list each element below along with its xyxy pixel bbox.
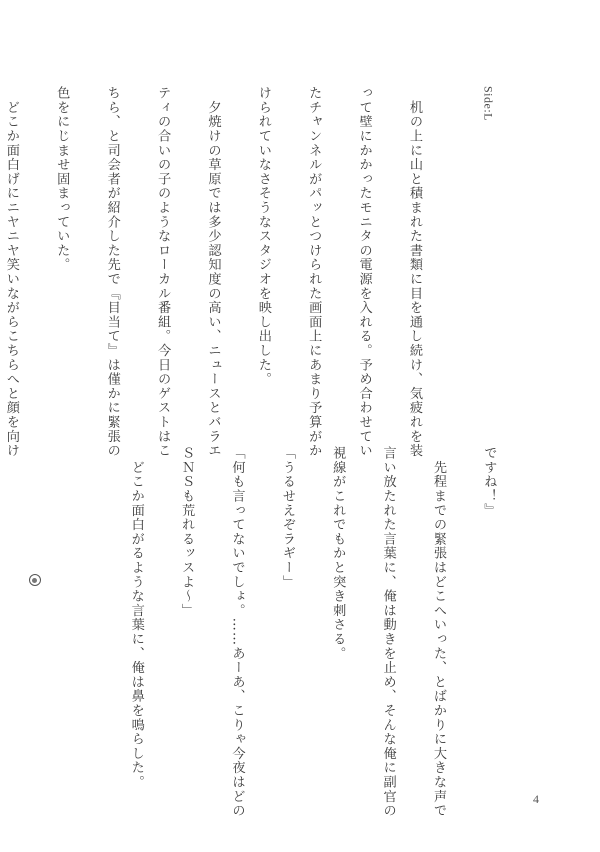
scene-break [26, 446, 43, 778]
text-column: ＳＮＳも荒れるッスよ～」 [177, 446, 194, 778]
flower-ornament-icon [29, 574, 41, 586]
text-column: ちら、と司会者が紹介した先で『目当て』は僅かに緊張の [103, 86, 120, 418]
text-column: 視線がこれでもかと突き刺さる。 [328, 446, 345, 778]
section-header: Side:L [480, 86, 497, 418]
page-number: 4 [533, 792, 539, 807]
text-column: 色をにじませ固まっていた。 [52, 86, 69, 418]
text-column: たチャンネルがパッとつけられた画面上にあまり予算がか [304, 86, 321, 418]
text-column: 「何も言ってないでしょ。……あーあ、こりゃ今夜はどの [228, 446, 245, 778]
text-column: 机の上に山と積まれた書類に目を通し続け、気疲れを装 [405, 86, 422, 418]
lower-text-tier: ですね！』 先程までの緊張はどこへいった、とばかりに大きな声で 言い放たれた言葉… [0, 446, 530, 778]
text-column: 先程までの緊張はどこへいった、とばかりに大きな声で [429, 446, 446, 778]
text-column: ですね！』 [480, 446, 497, 778]
text-column: どこか面白げにニヤニヤ笑いながらこちらへと顔を向け [2, 86, 19, 418]
text-column: ティの合いの子のようなローカル番組。今日のゲストはこ [153, 86, 170, 418]
text-column: どこか面白がるような言葉に、俺は鼻を鳴らした。 [127, 446, 144, 778]
text-column: 言い放たれた言葉に、俺は動きを止め、そんな俺に副官の [379, 446, 396, 778]
text-column: 夕焼けの草原では多少認知度の高い、ニュースとバラエ [204, 86, 221, 418]
upper-text-tier: Side:L 机の上に山と積まれた書類に目を通し続け、気疲れを装 って壁にかかっ… [0, 86, 530, 418]
text-column: 「うるせえぞラギー」 [278, 446, 295, 778]
text-column: けられていなさそうなスタジオを映し出した。 [254, 86, 271, 418]
text-column: って壁にかかったモニタの電源を入れる。予め合わせてい [355, 86, 372, 418]
blank-column [76, 446, 93, 778]
